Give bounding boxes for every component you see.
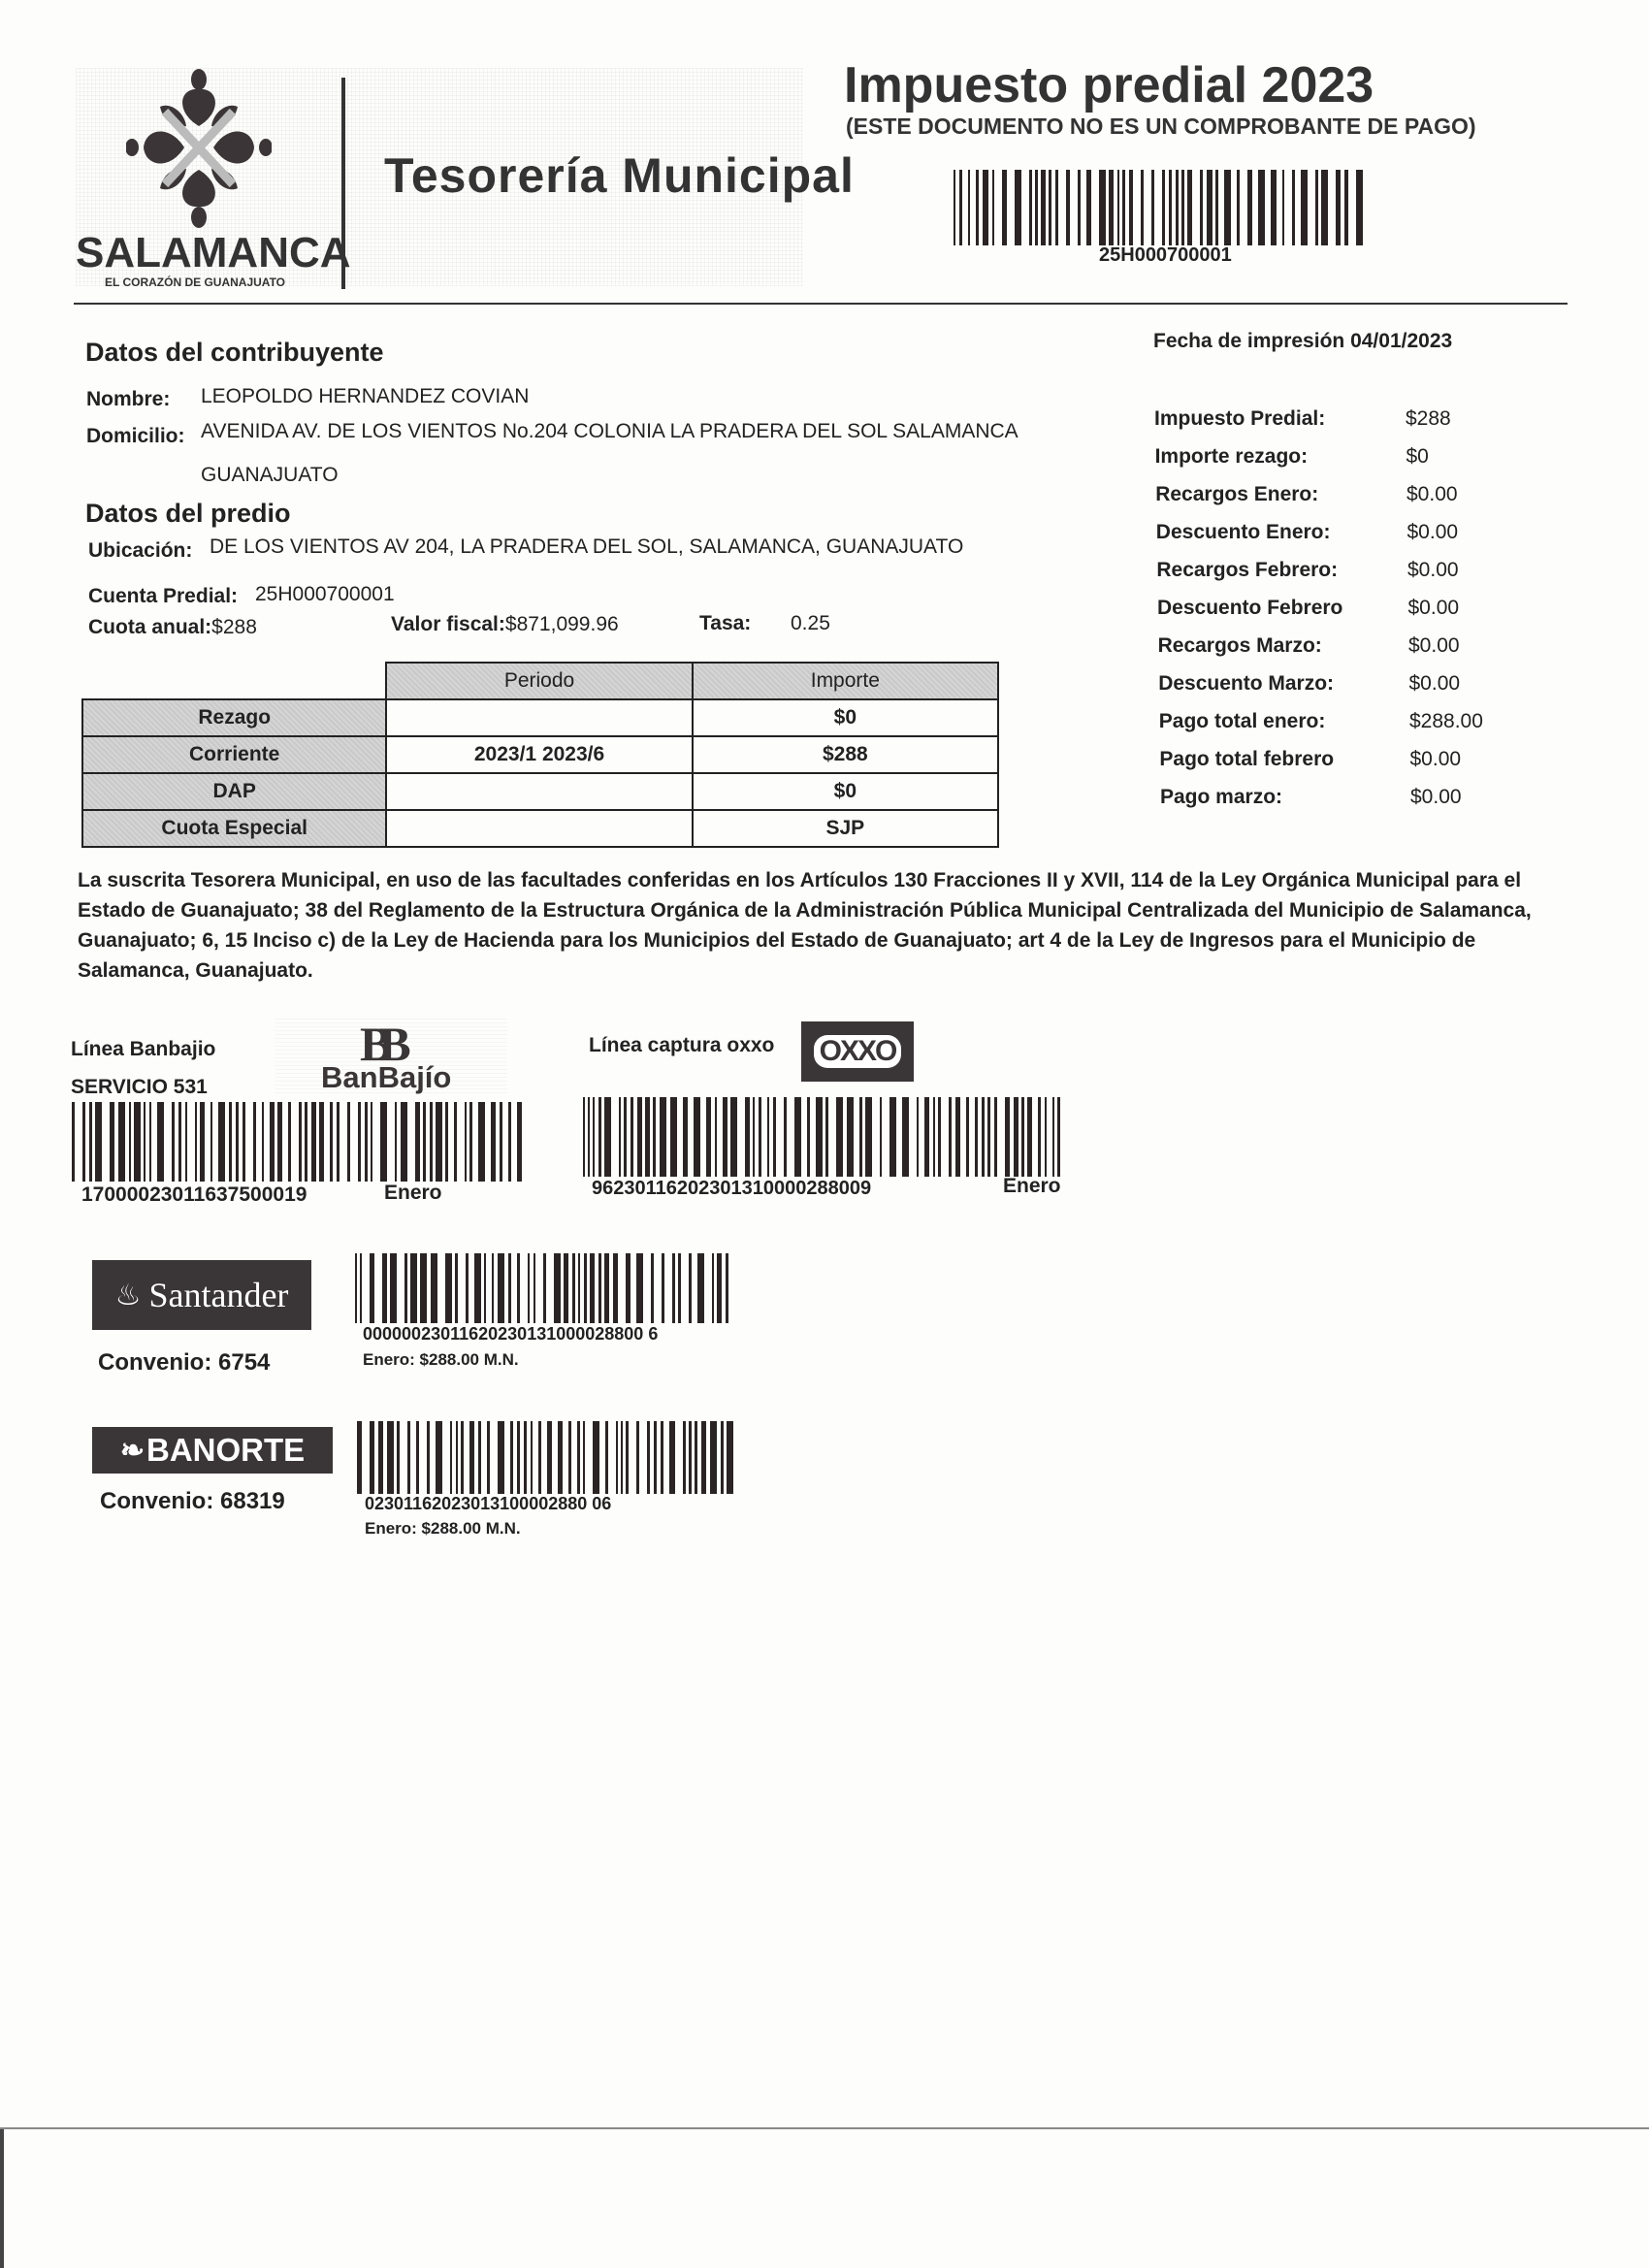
barcode-bar (236, 1102, 239, 1182)
santander-logo: ♨ Santander (92, 1260, 311, 1330)
barcode-bar (1057, 1097, 1060, 1177)
barcode-bar (583, 1421, 585, 1494)
barcode-bar (498, 1253, 504, 1323)
barcode-bar (218, 1102, 225, 1182)
print-date-value: 04/01/2023 (1350, 330, 1452, 352)
oxxo-month: Enero (1003, 1175, 1061, 1198)
banbajio-barcode (72, 1102, 525, 1182)
barcode-bar (726, 1253, 728, 1323)
banorte-logo: ❧ BANORTE (92, 1427, 333, 1474)
barcode-bar (1207, 170, 1213, 245)
barcode-bar (427, 1421, 430, 1494)
barcode-bar (636, 1421, 639, 1494)
barcode-bar (604, 1253, 609, 1323)
barcode-bar (987, 1097, 990, 1177)
barcode-bar (487, 1421, 490, 1494)
barcode-bar (531, 1421, 533, 1494)
banorte-barcode (357, 1421, 739, 1494)
barcode-bar (759, 1097, 761, 1177)
summary-value: $0.00 (1408, 634, 1460, 658)
barcode-bar (836, 1097, 843, 1177)
barcode-bar (404, 1253, 407, 1323)
banbajio-label: Línea Banbajio (71, 1038, 215, 1061)
barcode-bar (1021, 1097, 1024, 1177)
barcode-bar (959, 170, 962, 245)
banorte-reference: 02301162023013100002880 06 (365, 1494, 611, 1514)
barcode-bar (619, 1097, 621, 1177)
barcode-bar (430, 1102, 433, 1182)
barcode-bar (902, 1097, 909, 1177)
barcode-bar (554, 1253, 561, 1323)
summary-label: Impuesto Predial: (1154, 407, 1325, 431)
barcode-bar (672, 1253, 675, 1323)
barcode-bar (466, 1253, 469, 1323)
row-concept: Rezago (82, 699, 386, 736)
barcode-bar (431, 1253, 437, 1323)
row-amount: $0 (693, 699, 998, 736)
barcode-bar (859, 1097, 862, 1177)
barcode-bar (492, 1253, 494, 1323)
summary-label: Pago marzo: (1160, 786, 1282, 809)
barcode-bar (491, 1102, 496, 1182)
barcode-bar (564, 1253, 568, 1323)
summary-value: $0.00 (1408, 597, 1460, 620)
barcode-bar (157, 1102, 164, 1182)
barcode-bar (994, 1097, 997, 1177)
barcode-bar (613, 1253, 618, 1323)
barcode-bar (547, 1421, 552, 1494)
barcode-bar (949, 1097, 952, 1177)
print-date: Fecha de impresión 04/01/2023 (1153, 330, 1452, 353)
barcode-bar (1215, 170, 1218, 245)
header-periodo: Periodo (386, 663, 692, 699)
summary-label: Descuento Febrero (1157, 597, 1342, 620)
table-row: Cuota EspecialSJP (82, 810, 998, 847)
barcode-bar (753, 1097, 755, 1177)
barcode-bar (436, 1102, 442, 1182)
barcode-bar (678, 1253, 681, 1323)
barcode-bar (365, 1102, 368, 1182)
barcode-bar (311, 1102, 316, 1182)
barcode-bar (727, 1421, 733, 1494)
summary-label: Descuento Marzo: (1158, 672, 1334, 696)
fiscal-value-amount: $871,099.96 (505, 613, 619, 635)
row-period (386, 699, 692, 736)
oxxo-logo: OXXO (801, 1021, 914, 1082)
barcode-bar (1162, 170, 1165, 245)
barcode-bar (636, 1253, 643, 1323)
barcode-bar (415, 1102, 420, 1182)
barcode-bar (450, 1421, 452, 1494)
summary-label: Recargos Marzo: (1158, 634, 1322, 658)
banbajio-month: Enero (384, 1182, 442, 1205)
table-row: Rezago$0 (82, 699, 998, 736)
barcode-bar (645, 1097, 650, 1177)
barcode-bar (1015, 170, 1021, 245)
barcode-bar (371, 1102, 372, 1182)
annual-fee-label: Cuota anual: (88, 616, 211, 638)
barcode-bar (1117, 170, 1119, 245)
barcode-bar (807, 1097, 810, 1177)
barcode-bar (445, 1253, 452, 1323)
santander-agreement: Convenio: 6754 (98, 1349, 270, 1377)
barcode-bar (670, 1097, 677, 1177)
barcode-bar (572, 1253, 575, 1323)
banorte-amount: Enero: $288.00 M.N. (365, 1519, 521, 1539)
barcode-bar (966, 1097, 969, 1177)
barcode-bar (543, 1253, 546, 1323)
oxxo-barcode (583, 1097, 1070, 1177)
account-number: 25H000700001 (255, 583, 395, 606)
barcode-bar (469, 1421, 474, 1494)
barcode-bar (358, 1102, 361, 1182)
barcode-bar (621, 1421, 623, 1494)
scan-edge-left (0, 2129, 4, 2268)
barcode-bar (982, 1097, 985, 1177)
barcode-bar (407, 1421, 410, 1494)
barcode-bar (423, 1102, 426, 1182)
barcode-bar (82, 1102, 85, 1182)
address-label: Domicilio: (86, 425, 185, 448)
barcode-bar (1224, 170, 1231, 245)
barcode-bar (712, 1253, 714, 1323)
barcode-bar (178, 1102, 181, 1182)
barcode-bar (577, 1421, 580, 1494)
barcode-bar (1109, 170, 1114, 245)
barcode-bar (508, 1102, 511, 1182)
brand-tagline: EL CORAZÓN DE GUANAJUATO (105, 275, 285, 289)
table-row: DAP$0 (82, 773, 998, 810)
barcode-bar (95, 1102, 102, 1182)
barcode-bar (378, 1421, 383, 1494)
barcode-bar (1292, 170, 1295, 245)
barcode-bar (455, 1253, 458, 1323)
barcode-bar (210, 1102, 212, 1182)
summary-value: $0.00 (1407, 559, 1459, 582)
name-label: Nombre: (86, 388, 170, 411)
property-heading: Datos del predio (85, 499, 291, 529)
barcode-bar (689, 1253, 692, 1323)
santander-logo-text: Santander (148, 1275, 288, 1315)
barcode-bar (436, 1421, 442, 1494)
barcode-bar (584, 1253, 587, 1323)
barcode-bar (420, 1253, 427, 1323)
barcode-bar (706, 1097, 711, 1177)
barcode-bar (955, 1097, 960, 1177)
barcode-bar (1027, 1097, 1032, 1177)
rate-label: Tasa: (699, 612, 751, 635)
barcode-bar (370, 1253, 374, 1323)
summary-label: Importe rezago: (1155, 445, 1309, 469)
barcode-bar (337, 1102, 339, 1182)
barcode-bar (395, 1102, 397, 1182)
barcode-bar (416, 1421, 419, 1494)
barcode-bar (880, 1097, 882, 1177)
banbajio-logo: BB BanBajío (275, 1016, 507, 1093)
barcode-bar (604, 1097, 611, 1177)
barcode-bar (360, 1253, 362, 1323)
barcode-bar (1247, 170, 1252, 245)
barcode-bar (465, 1102, 467, 1182)
barcode-bar (730, 1097, 737, 1177)
taxpayer-name: LEOPOLDO HERNANDEZ COVIAN (201, 385, 529, 408)
barcode-bar (262, 1102, 264, 1182)
barcode-bar (387, 1421, 394, 1494)
barcode-bar (669, 1421, 676, 1494)
account-barcode (954, 170, 1371, 245)
header-divider (341, 78, 345, 289)
row-amount: $0 (693, 773, 998, 810)
barcode-bar (1002, 170, 1007, 245)
barcode-bar (865, 1097, 872, 1177)
barcode-bar (1066, 170, 1071, 245)
barcode-bar (683, 1097, 688, 1177)
annual-fee-value: $288 (211, 616, 257, 638)
barcode-bar (319, 1102, 324, 1182)
location-label: Ubicación: (88, 539, 192, 563)
scan-edge (0, 2127, 1649, 2129)
barcode-bar (72, 1102, 75, 1182)
barcode-bar (1282, 170, 1284, 245)
table-corner (82, 663, 386, 699)
barcode-bar (717, 1253, 722, 1323)
barcode-bar (1237, 170, 1240, 245)
row-period (386, 773, 692, 810)
salamanca-emblem-icon (126, 68, 272, 228)
summary-value: $0.00 (1410, 748, 1462, 771)
barcode-bar (773, 1097, 776, 1177)
barcode-bar (454, 1102, 457, 1182)
banorte-agreement: Convenio: 68319 (100, 1488, 285, 1515)
banbajio-reference: 17000023011637500019 (81, 1183, 307, 1207)
barcode-bar (172, 1102, 175, 1182)
barcode-bar (524, 1421, 527, 1494)
barcode-bar (1344, 170, 1349, 245)
header-importe: Importe (693, 663, 998, 699)
barcode-bar (983, 170, 989, 245)
barcode-bar (662, 1253, 664, 1323)
barcode-bar (461, 1421, 464, 1494)
barcode-bar (593, 1097, 595, 1177)
barcode-bar (651, 1253, 654, 1323)
banorte-mark-icon: ❧ (120, 1434, 145, 1468)
barcode-bar (149, 1102, 151, 1182)
document-title: Impuesto predial 2023 (844, 56, 1374, 114)
barcode-bar (847, 1097, 854, 1177)
barcode-bar (637, 1097, 642, 1177)
banorte-logo-text: BANORTE (146, 1432, 305, 1469)
barcode-bar (144, 1102, 145, 1182)
barcode-bar (661, 1421, 663, 1494)
taxpayer-heading: Datos del contribuyente (85, 338, 384, 368)
barcode-bar (185, 1102, 187, 1182)
barcode-bar (816, 1097, 823, 1177)
barcode-bar (933, 1097, 935, 1177)
barcode-bar (500, 1102, 502, 1182)
barcode-bar (478, 1102, 485, 1182)
barcode-bar (1187, 170, 1192, 245)
barcode-bar (715, 1097, 717, 1177)
barcode-bar (538, 1421, 541, 1494)
barcode-bar (1049, 170, 1051, 245)
barcode-bar (357, 1421, 362, 1494)
barcode-bar (624, 1097, 627, 1177)
barcode-bar (1129, 170, 1134, 245)
barcode-bar (605, 1421, 608, 1494)
barcode-bar (229, 1102, 232, 1182)
barcode-bar (380, 1102, 387, 1182)
barcode-bar (598, 1253, 601, 1323)
barcode-bar (253, 1102, 256, 1182)
address-line-1: AVENIDA AV. DE LOS VIENTOS No.204 COLONI… (201, 420, 1018, 443)
row-amount: SJP (693, 810, 998, 847)
santander-reference: 00000023011620230131000028800 6 (363, 1324, 658, 1345)
barcode-bar (195, 1102, 197, 1182)
barcode-bar (533, 1253, 535, 1323)
barcode-bar (968, 170, 970, 245)
barcode-bar (129, 1102, 131, 1182)
barcode-bar (721, 1421, 724, 1494)
santander-flame-icon: ♨ (115, 1279, 142, 1312)
barcode-bar (701, 1421, 706, 1494)
barcode-bar (924, 1097, 929, 1177)
row-concept: Cuota Especial (82, 810, 386, 847)
barcode-bar (1176, 170, 1179, 245)
barcode-bar (498, 1421, 504, 1494)
barcode-bar (1122, 170, 1125, 245)
barcode-bar (1336, 170, 1341, 245)
barcode-bar (1315, 170, 1318, 245)
barcode-bar (242, 1102, 245, 1182)
barcode-bar (134, 1102, 141, 1182)
barcode-bar (917, 1097, 919, 1177)
barcode-bar (1356, 170, 1363, 245)
barcode-bar (723, 1097, 727, 1177)
barcode-bar (445, 1102, 448, 1182)
barcode-bar (517, 1421, 520, 1494)
barcode-bar (683, 1421, 686, 1494)
barcode-bar (1055, 170, 1058, 245)
barcode-bar (654, 1421, 657, 1494)
row-period (386, 810, 692, 847)
rate-value: 0.25 (791, 612, 830, 635)
barcode-bar (695, 1421, 697, 1494)
barcode-bar (653, 1097, 656, 1177)
oxxo-reference: 96230116202301310000288009 (592, 1178, 871, 1200)
barcode-bar (200, 1102, 205, 1182)
summary-value: $0.00 (1410, 786, 1462, 809)
barcode-bar (277, 1102, 282, 1182)
barcode-bar (992, 170, 994, 245)
summary-value: $0 (1406, 445, 1429, 469)
row-amount: $288 (693, 736, 998, 773)
legal-text: La suscrita Tesorera Municipal, en uso d… (78, 865, 1576, 986)
barcode-bar (626, 1253, 630, 1323)
row-period: 2023/1 2023/6 (386, 736, 692, 773)
barcode-bar (1041, 170, 1046, 245)
barcode-bar (1052, 1097, 1054, 1177)
barcode-bar (410, 1253, 417, 1323)
barcode-bar (1271, 170, 1277, 245)
barcode-bar (697, 1253, 704, 1323)
banbajio-service: SERVICIO 531 (71, 1076, 208, 1099)
table-row: Corriente2023/1 2023/6$288 (82, 736, 998, 773)
oxxo-label: Línea captura oxxo (589, 1034, 774, 1057)
barcode-bar (469, 1102, 472, 1182)
account-label: Cuenta Predial: (88, 585, 238, 608)
document-subtitle: (ESTE DOCUMENTO NO ES UN COMPROBANTE DE … (846, 113, 1476, 140)
barcode-bar (401, 1102, 407, 1182)
summary-label: Recargos Febrero: (1156, 559, 1338, 582)
barcode-bar (1321, 170, 1328, 245)
barcode-bar (558, 1421, 563, 1494)
barcode-bar (975, 1097, 978, 1177)
barcode-bar (270, 1102, 275, 1182)
address-line-2: GUANAJUATO (201, 464, 339, 487)
barcode-bar (347, 1102, 350, 1182)
santander-amount: Enero: $288.00 M.N. (363, 1350, 519, 1370)
barcode-bar (1038, 1097, 1041, 1177)
barcode-bar (370, 1421, 374, 1494)
barcode-bar (784, 1097, 787, 1177)
barcode-bar (508, 1253, 511, 1323)
barcode-bar (694, 1097, 700, 1177)
barcode-bar (598, 1097, 601, 1177)
barcode-bar (484, 1253, 486, 1323)
barcode-bar (938, 1097, 941, 1177)
barcode-bar (626, 1421, 629, 1494)
barcode-bar (593, 1421, 599, 1494)
print-date-label: Fecha de impresión (1153, 330, 1344, 352)
barcode-bar (355, 1253, 357, 1323)
barcode-bar (710, 1421, 717, 1494)
summary-value: $0.00 (1406, 483, 1458, 506)
barcode-bar (1258, 170, 1265, 245)
barcode-bar (1035, 170, 1038, 245)
summary-label: Descuento Enero: (1156, 521, 1331, 544)
barcode-bar (1301, 170, 1308, 245)
barcode-bar (767, 1097, 769, 1177)
barcode-bar (1141, 170, 1144, 245)
barcode-bar (1086, 170, 1091, 245)
barcode-bar (1078, 170, 1081, 245)
barcode-bar (660, 1097, 666, 1177)
summary-value: $288.00 (1409, 710, 1483, 733)
barcode-bar (568, 1421, 571, 1494)
oxxo-logo-text: OXXO (814, 1035, 902, 1068)
banbajio-logo-text: BanBajío (321, 1060, 451, 1095)
barcode-bar (689, 1421, 692, 1494)
barcode-bar (517, 1102, 522, 1182)
barcode-bar (1181, 170, 1184, 245)
barcode-bar (397, 1421, 400, 1494)
summary-value: $0.00 (1409, 672, 1461, 696)
barcode-bar (825, 1097, 828, 1177)
barcode-bar (794, 1097, 801, 1177)
account-barcode-value: 25H000700001 (1099, 244, 1232, 267)
barcode-bar (528, 1253, 530, 1323)
barcode-bar (578, 1253, 580, 1323)
barcode-bar (1200, 170, 1203, 245)
barcode-bar (510, 1421, 513, 1494)
barcode-bar (630, 1097, 633, 1177)
barcode-bar (288, 1102, 291, 1182)
barcode-bar (1169, 170, 1172, 245)
property-location: DE LOS VIENTOS AV 204, LA PRADERA DEL SO… (210, 535, 963, 559)
barcode-bar (478, 1421, 481, 1494)
barcode-bar (382, 1253, 387, 1323)
barcode-bar (954, 170, 955, 245)
